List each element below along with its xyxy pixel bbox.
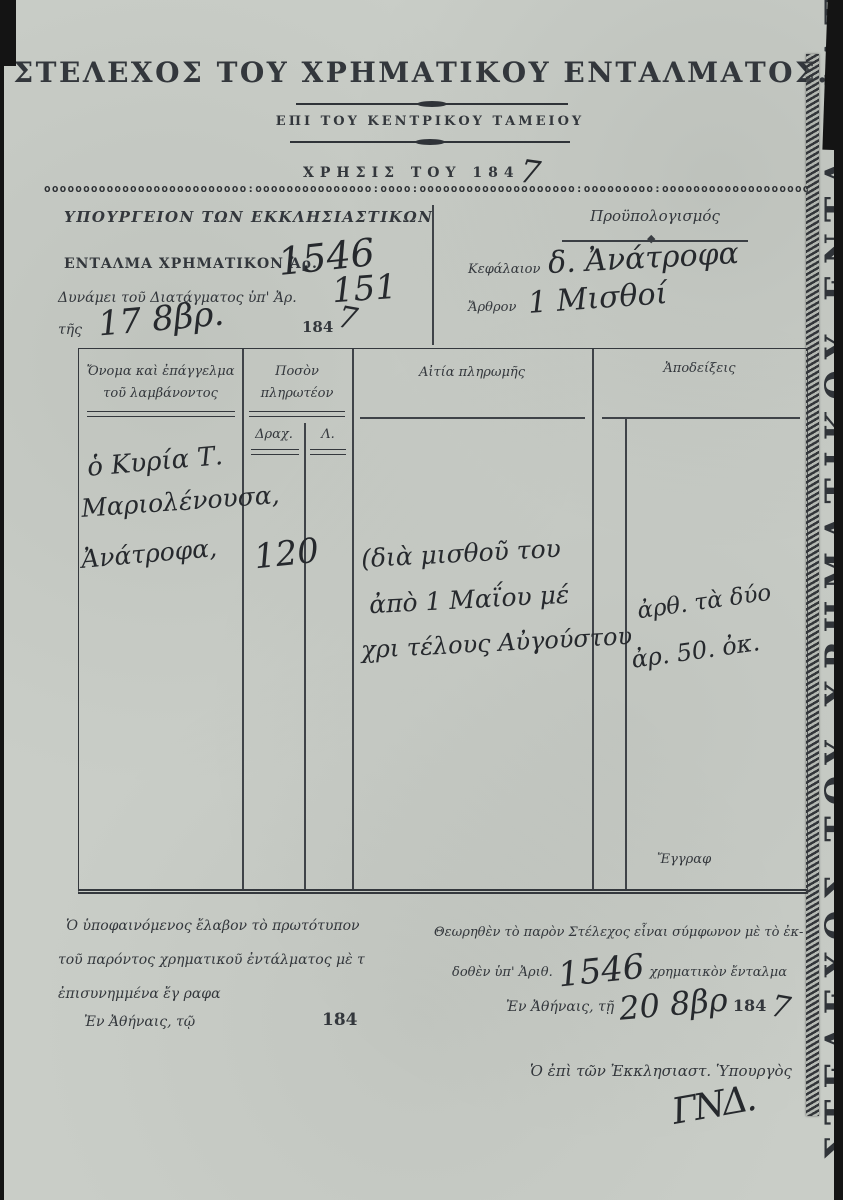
col3-header: Αἰτία πληρωμῆς — [352, 365, 592, 380]
date-year-printed: 184 — [302, 318, 333, 336]
header-rule — [360, 417, 585, 419]
date-handwritten: 17 8βρ. — [97, 297, 226, 342]
article-value-handwritten: 1 Μισθοί — [527, 279, 668, 319]
table-column-divider — [352, 349, 354, 889]
ornament-row: oooooooooooooooooooooooooo:ooooooooooooo… — [44, 182, 808, 195]
photo-edge-left — [0, 0, 4, 1200]
receipts-inner-divider — [625, 419, 627, 889]
col4-header: Ἀποδείξεις — [592, 361, 807, 376]
entry-cause-line1: (διὰ μισθοῦ του — [360, 536, 561, 571]
usage-line: ΧΡΗΣΙΣ ΤΟΥ 184 — [303, 165, 520, 181]
document-photo: ΣΤΕΛΕΧΟΣ ΤΟΥ ΧΡΗΜΑΤΙΚΟΥ ΕΝΤΑΛΜΑΤΟΣ ΣΤΕΛΕ… — [0, 0, 843, 1200]
col2-header-line1: Ποσὸν — [242, 361, 352, 383]
subheader-rule — [251, 449, 299, 455]
footer-left-line1: Ὁ ὑποφαινόμενος ἔλαβον τὸ πρωτότυπον — [66, 918, 360, 934]
signature-title: Ὁ ἐπὶ τῶν Ἐκκλησιαστ. Ὑπουργὸς — [530, 1062, 792, 1080]
footer-right-year-handwritten: 7 — [769, 992, 793, 1025]
minister-signature: ΓΝΔ. — [669, 1081, 756, 1131]
receipts-note: Ἔγγραφ — [657, 852, 711, 867]
footer-right-line2-prefix: δοθὲν ὑπ' Ἀριθ. — [452, 965, 553, 980]
chapter-label: Κεφάλαιον — [468, 262, 540, 277]
footer-left-date-label: Ἐν Ἀθήναις, τῷ — [84, 1014, 195, 1030]
footer-left-line2: τοῦ παρόντος χρηματικοῦ ἐντάλματος μὲ τ — [58, 952, 365, 968]
page-title: ΣΤΕΛΕΧΟΣ ΤΟΥ ΧΡΗΜΑΤΙΚΟΥ ΕΝΤΑΛΜΑΤΟΣ. — [0, 56, 843, 89]
drachma-subheader: Δραχ. — [245, 427, 303, 442]
table-column-divider — [592, 349, 594, 889]
right-ornament-border — [806, 54, 819, 1116]
entry-name-line1: ὁ Κυρία Τ. — [86, 443, 224, 481]
entry-name-line2: Μαριολένουσα, — [80, 482, 280, 521]
subheader-rule — [310, 449, 346, 455]
photo-corner-mark — [0, 0, 16, 66]
ministry-name: ΥΠΟΥΡΓΕΙΟΝ ΤΩΝ ΕΚΚΛΗΣΙΑΣΤΙΚΩΝ — [64, 208, 433, 226]
entry-amount-drachmas: 120 — [252, 534, 320, 575]
entry-receipt-line1: ἀρθ. τὰ δύο — [636, 582, 773, 624]
header-rule — [87, 411, 235, 417]
table-column-divider — [242, 349, 244, 889]
footer-right-date-label: Ἐν Ἀθήναις, τῇ — [506, 999, 614, 1015]
drachma-lepta-divider — [304, 423, 306, 889]
footer-right-date-handwritten: 20 8βρ — [618, 983, 729, 1024]
footer-right-line2-suffix: χρηματικὸν ἔνταλμα — [649, 965, 787, 980]
lepta-subheader: Λ. — [306, 427, 350, 442]
header-rule — [602, 417, 800, 419]
col2-header-line2: πληρωτέον — [242, 383, 352, 405]
divider-ornament — [290, 141, 570, 143]
entry-cause-line2: ἀπὸ 1 Μαΐου μέ — [368, 582, 569, 617]
photo-edge-right — [834, 0, 843, 1200]
header-divider — [432, 205, 434, 345]
entry-name-line3: Ἀνάτροφα, — [80, 535, 218, 572]
subtitle: ΕΠΙ ΤΟΥ ΚΕΝΤΡΙΚΟΥ ΤΑΜΕΙΟΥ — [180, 114, 680, 129]
divider-ornament — [296, 103, 568, 105]
article-label: Ἄρθρον — [468, 300, 516, 315]
col1-header-line2: τοῦ λαμβάνοντος — [79, 383, 242, 405]
footer-left-year-printed: 184 — [322, 1010, 358, 1030]
chapter-value-handwritten: δ. Ἀνάτροφα — [547, 239, 739, 279]
header-rule — [249, 411, 345, 417]
warrant-table: Ὄνομα καὶ ἐπάγγελμα τοῦ λαμβάνοντος Ποσὸ… — [78, 348, 808, 894]
date-label: τῆς — [58, 322, 82, 338]
footer-right-year-printed: 184 — [733, 996, 766, 1015]
footer-left-line3: ἐπισυνημμένα ἔγ ραφα — [58, 986, 221, 1002]
entry-receipt-line2: ἀρ. 50. ὀκ. — [630, 630, 761, 672]
footer-right-line1: Θεωρηθὲν τὸ παρὸν Στέλεχος εἶναι σύμφωνο… — [434, 925, 816, 940]
budget-label: Προϋπολογισμός — [560, 207, 750, 225]
col1-header-line1: Ὄνομα καὶ ἐπάγγελμα — [79, 361, 242, 383]
date-year-handwritten: 7 — [336, 303, 360, 336]
